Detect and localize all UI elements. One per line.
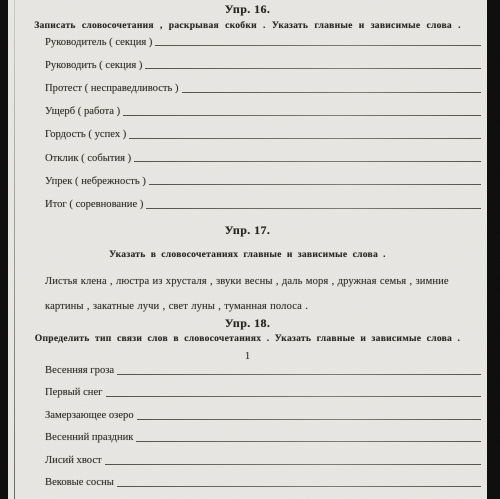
exercise-17-instruction: Указать в словосочетаниях главные и зави…	[22, 249, 473, 260]
write-line	[136, 441, 481, 442]
fill-in-label: Отклик ( события )	[45, 154, 131, 165]
exercise-16-title: Упр. 16.	[8, 0, 487, 17]
worksheet-page: Упр. 16. Записать словосочетания , раскр…	[8, 0, 487, 499]
fill-in-row: Замерзающее озеро	[45, 402, 481, 425]
write-line	[182, 92, 481, 93]
exercise-16: Упр. 16. Записать словосочетания , раскр…	[8, 0, 487, 31]
fill-in-row: Отклик ( события )	[45, 144, 481, 167]
scan-border-right	[487, 0, 500, 499]
fill-in-row: Лисий хвост	[45, 447, 481, 470]
fill-in-row: Весенняя гроза	[45, 357, 481, 380]
fill-in-label: Итог ( соревнование )	[45, 200, 143, 211]
fill-in-label: Весенний праздник	[45, 433, 133, 444]
exercise-16-rows: Руководитель ( секция ) Руководить ( сек…	[45, 28, 481, 214]
fill-in-label: Руководить ( секция )	[45, 61, 142, 72]
exercise-17: Упр. 17. Указать в словосочетаниях главн…	[8, 221, 487, 319]
scan-border-left	[0, 0, 8, 499]
exercise-18-instruction: Определить тип связи слов в словосочетан…	[16, 333, 479, 344]
write-line	[134, 161, 481, 162]
fill-in-row: Итог ( соревнование )	[45, 190, 481, 213]
write-line	[123, 115, 481, 116]
scanned-page-stage: Упр. 16. Записать словосочетания , раскр…	[0, 0, 500, 499]
write-line	[145, 68, 481, 69]
fill-in-label: Протест ( несправедливость )	[45, 84, 179, 95]
write-line	[149, 184, 481, 185]
fill-in-label: Замерзающее озеро	[45, 411, 134, 422]
fill-in-row: Упрек ( небрежность )	[45, 167, 481, 190]
exercise-17-body: Листья клена , люстра из хрусталя , звук…	[45, 269, 479, 319]
exercise-18-title: Упр. 18.	[8, 314, 487, 331]
write-line	[117, 486, 481, 487]
fill-in-label: Весенняя гроза	[45, 366, 114, 377]
fill-in-row: Руководить ( секция )	[45, 51, 481, 74]
exercise-18-rows: Весенняя гроза Первый снег Замерзающее о…	[45, 357, 481, 492]
fill-in-label: Первый снег	[45, 388, 103, 399]
fill-in-row: Руководитель ( секция )	[45, 28, 481, 51]
fill-in-row: Весенний праздник	[45, 425, 481, 448]
fill-in-row: Вековые сосны	[45, 470, 481, 493]
write-line	[106, 396, 481, 397]
write-line	[137, 419, 481, 420]
fill-in-label: Упрек ( небрежность )	[45, 177, 146, 188]
write-line	[129, 138, 481, 139]
write-line	[105, 464, 481, 465]
write-line	[117, 374, 481, 375]
exercise-18: Упр. 18. Определить тип связи слов в сло…	[8, 314, 487, 344]
fill-in-label: Вековые сосны	[45, 478, 114, 489]
fill-in-row: Протест ( несправедливость )	[45, 74, 481, 97]
exercise-17-title: Упр. 17.	[8, 221, 487, 238]
fill-in-row: Гордость ( успех )	[45, 121, 481, 144]
fill-in-label: Лисий хвост	[45, 456, 102, 467]
fill-in-label: Гордость ( успех )	[45, 130, 126, 141]
write-line	[146, 208, 481, 209]
fill-in-label: Ущерб ( работа )	[45, 107, 120, 118]
fill-in-label: Руководитель ( секция )	[45, 38, 152, 49]
fill-in-row: Ущерб ( работа )	[45, 98, 481, 121]
fill-in-row: Первый снег	[45, 380, 481, 403]
write-line	[155, 45, 481, 46]
